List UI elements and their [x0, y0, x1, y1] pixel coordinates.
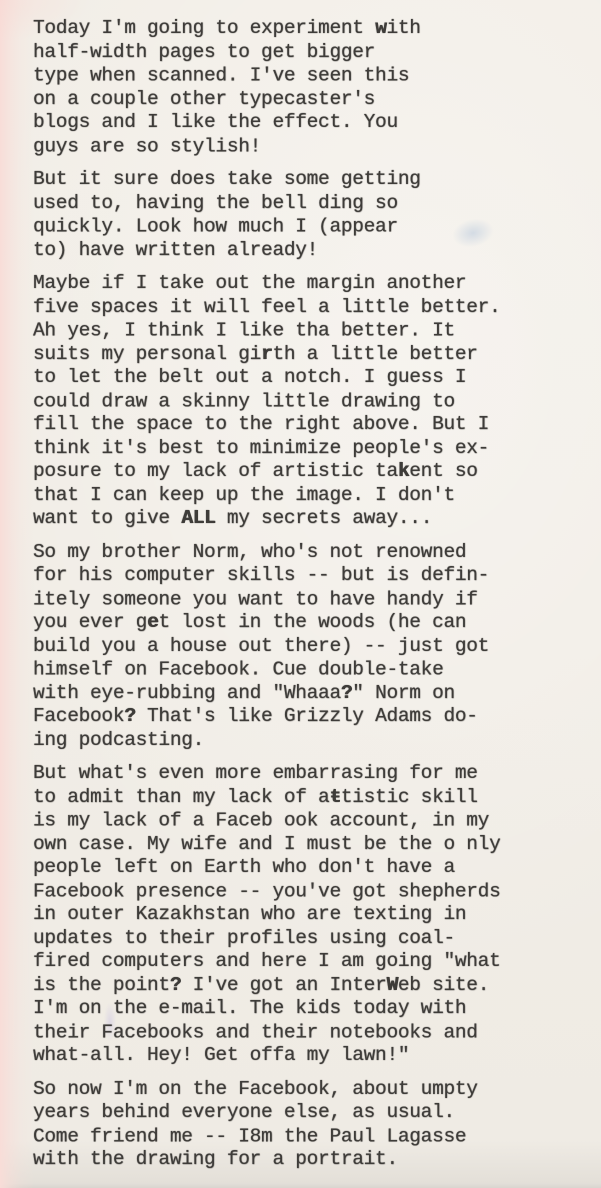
text-line: in outer Kazakhstan who are texting in [33, 903, 587, 927]
text-line: on a couple other typecaster's [33, 88, 587, 112]
text-line: to) have written already! [33, 239, 587, 263]
text-line: years behind everyone else, as usual. [33, 1101, 587, 1125]
text-line: to let the belt out a notch. I guess I [33, 366, 587, 390]
text-line: Facebook? That's like Grizzly Adams do- [33, 705, 587, 729]
text-line: own case. My wife and I must be the o nl… [33, 833, 587, 857]
paragraph: But what's even more embarrasing for met… [33, 762, 587, 1068]
text-line: could draw a skinny little drawing to [33, 390, 587, 414]
text-line: what-all. Hey! Get offa my lawn!" [33, 1044, 587, 1068]
text-line: that I can keep up the image. I don't [33, 484, 587, 508]
text-line: posure to my lack of artistic takent so [33, 460, 587, 484]
text-line: type when scanned. I've seen this [33, 64, 587, 88]
text-line: is my lack of a Faceb ook account, in my [33, 809, 587, 833]
text-line: quickly. Look how much I (appear [33, 215, 587, 239]
text-line: himself on Facebook. Cue double-take [33, 658, 587, 682]
text-line: for his computer skills -- but is defin- [33, 564, 587, 588]
text-line: half-width pages to get bigger [33, 41, 587, 65]
text-line: Come friend me -- I8m the Paul Lagasse [33, 1125, 587, 1149]
text-line: want to give ALL my secrets away... [33, 507, 587, 531]
text-line: used to, having the bell ding so [33, 192, 587, 216]
text-line: five spaces it will feel a little better… [33, 296, 587, 320]
text-line: you ever get lost in the woods (he can [33, 611, 587, 635]
paragraph: So now I'm on the Facebook, about umptyy… [33, 1078, 587, 1172]
text-line: guys are so stylish! [33, 135, 587, 159]
text-line: is the point? I've got an InterWeb site. [33, 974, 587, 998]
text-line: itely someone you want to have handy if [33, 588, 587, 612]
text-line: Maybe if I take out the margin another [33, 272, 587, 296]
text-line: Today I'm going to experiment with [33, 17, 587, 41]
text-line: I'm on the e-mail. The kids today with [33, 997, 587, 1021]
paragraph: But it sure does take some gettingused t… [33, 168, 587, 262]
text-line: ing podcasting. [33, 728, 587, 752]
text-line: with eye-rubbing and "Whaaa?" Norm on [33, 682, 587, 706]
text-line: their Facebooks and their notebooks and [33, 1021, 587, 1045]
text-line: fill the space to the right above. But I [33, 413, 587, 437]
text-line: blogs and I like the effect. You [33, 111, 587, 135]
text-line: build you a house out there) -- just got [33, 634, 587, 658]
text-line: Ah yes, I think I like tha better. It [33, 319, 587, 343]
text-line: So now I'm on the Facebook, about umpty [33, 1077, 587, 1101]
text-line: Facebook presence -- you've got shepherd… [33, 880, 587, 904]
text-line: updates to their profiles using coal- [33, 927, 587, 951]
text-line: But it sure does take some getting [33, 168, 587, 192]
text-line: to admit than my lack of aŧtistic skill [33, 786, 587, 810]
paragraph: Maybe if I take out the margin anotherfi… [33, 272, 587, 531]
text-line: with the drawing for a portrait. [33, 1148, 587, 1172]
text-line: But what's even more embarrasing for me [33, 762, 587, 786]
text-line: suits my personal girth a little better [33, 343, 587, 367]
text-line: So my brother Norm, who's not renowned [33, 540, 587, 564]
text-line: think it's best to minimize people's ex- [33, 437, 587, 461]
paragraph: So my brother Norm, who's not renownedfo… [33, 541, 587, 753]
typewritten-page: Today I'm going to experiment withhalf-w… [0, 0, 601, 1188]
paragraph: Today I'm going to experiment withhalf-w… [33, 17, 587, 158]
text-line: people left on Earth who don't have a [33, 856, 587, 880]
text-line: fired computers and here I am going "wha… [33, 950, 587, 974]
